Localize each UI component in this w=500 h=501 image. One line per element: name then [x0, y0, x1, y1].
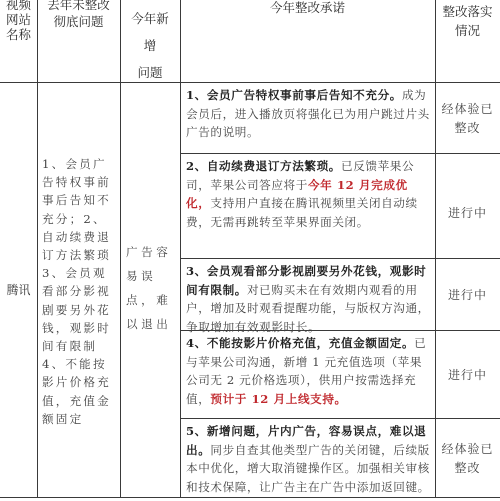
- header-commitment: 今年整改承诺: [180, 0, 435, 15]
- status-text: 整改: [435, 459, 500, 478]
- commitment-row-1: 1、会员广告特权事前事后告知不充分。成为会员后，进入播放页将强化已为用户跳过片头…: [180, 84, 435, 142]
- commitment-row-3: 3、会员观看部分影视剧要另外花钱，观影时间有限制。对已购买未在有效期内观看的用户…: [180, 260, 435, 336]
- header-status: 整改落实 情况: [435, 2, 500, 40]
- commitment-row-2: 2、自动续费退订方法繁琐。已反馈苹果公司，苹果公司答应将于今年 12 月完成优化…: [180, 155, 435, 231]
- status-text: 进行中: [435, 204, 500, 223]
- status-text: 进行中: [435, 366, 500, 385]
- grid-line: [435, 0, 436, 497]
- header-line: 今年整改承诺: [180, 0, 435, 15]
- header-line: 名称: [0, 27, 37, 42]
- commitment-text: 支持用户直接在腾讯视频里关闭自动续费，无需再跳转至苹果界面关闭。: [186, 196, 418, 229]
- header-line: 彻底问题: [37, 14, 120, 29]
- status-text: 经体验已: [435, 440, 500, 459]
- header-line: 问题: [120, 59, 180, 86]
- header-site-name: 视频 网站 名称: [0, 0, 37, 42]
- status-row-2: 进行中: [435, 204, 500, 223]
- new-issue-cell: 广告容易误点，难以退出: [120, 240, 180, 336]
- header-line: 网站: [0, 12, 37, 27]
- commitment-highlight: 预计于 12 月上线支持。: [210, 392, 346, 406]
- header-line: 情况: [435, 21, 500, 40]
- status-row-3: 进行中: [435, 286, 500, 305]
- commitment-title: 2、自动续费退订方法繁琐。: [186, 159, 341, 173]
- header-line: 去年未整改: [37, 0, 120, 12]
- grid-line: [0, 497, 500, 498]
- commitment-text: 同步自查其他类型广告的关闭键，后续版本中优化，增大取消键操作区。加强相关审核和技…: [186, 443, 430, 494]
- commitment-row-5: 5、新增问题，片内广告，容易误点，难以退出。同步自查其他类型广告的关闭键，后续版…: [180, 420, 435, 496]
- grid-line: [180, 258, 500, 259]
- last-year-issues-cell: 1、会员广告特权事前事后告知不充分；2、自动续费退订方法繁琐3、会员观看部分影视…: [37, 155, 120, 428]
- grid-line: [180, 418, 500, 419]
- status-row-5: 经体验已 整改: [435, 440, 500, 478]
- status-row-4: 进行中: [435, 366, 500, 385]
- status-text: 进行中: [435, 286, 500, 305]
- header-last-year-unresolved: 去年未整改 彻底问题: [37, 0, 120, 29]
- header-line: 增: [120, 32, 180, 59]
- header-line: 整改落实: [435, 2, 500, 21]
- commitment-title: 4、不能按影片价格充值，充值金额固定。: [186, 336, 414, 350]
- status-row-1: 经体验已 整改: [435, 100, 500, 138]
- status-text: 经体验已: [435, 100, 500, 119]
- header-line: 今年新: [120, 5, 180, 32]
- site-name-cell: 腾讯: [0, 282, 37, 298]
- grid-line: [180, 153, 500, 154]
- commitment-row-4: 4、不能按影片价格充值，充值金额固定。已与苹果公司沟通，新增 1 元充值选项（苹…: [180, 332, 435, 408]
- commitment-title: 1、会员广告特权事前事后告知不充分。: [186, 88, 402, 102]
- grid-line: [0, 82, 500, 83]
- rectification-table: 视频 网站 名称 去年未整改 彻底问题 今年新 增 问题 今年整改承诺 整改落实…: [0, 0, 500, 501]
- status-text: 整改: [435, 119, 500, 138]
- header-new-this-year: 今年新 增 问题: [120, 5, 180, 86]
- header-line: 视频: [0, 0, 37, 12]
